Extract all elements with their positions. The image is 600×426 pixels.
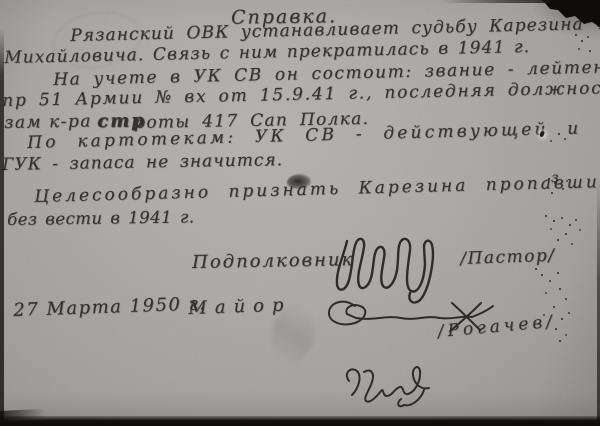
- ink-speckles-right-lower: [535, 268, 537, 270]
- extra-signature: [335, 362, 440, 414]
- body-line-9: без вести в 1941 г.: [7, 207, 195, 229]
- torn-corner: [538, 0, 600, 32]
- scan-edge-top: [440, 0, 550, 3]
- ink-speckles-right-upper: [548, 178, 550, 180]
- paper-flaw-spot: [536, 128, 549, 141]
- insertion-mark: з: [551, 170, 559, 186]
- scan-edge-left: [0, 28, 4, 426]
- surname-pastor: /Пастор/: [460, 246, 556, 269]
- rank-major: Майор: [188, 294, 292, 319]
- major-signature: [322, 294, 502, 338]
- ink-speckles-right-mid: [545, 215, 547, 217]
- scan-edge-bottom: [0, 416, 600, 426]
- body-line-5a: зам к-ра: [4, 111, 92, 133]
- scanned-document: Справка. Рязанский ОВК устанавливает суд…: [0, 0, 600, 426]
